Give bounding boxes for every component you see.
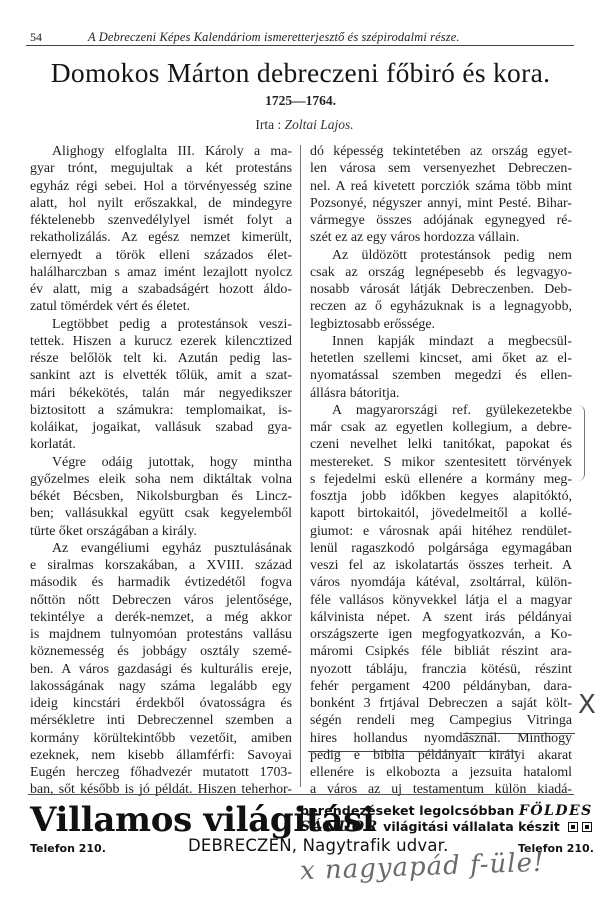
text-line: ban, sőt később is jó példát. Hiszen teh… (30, 781, 292, 798)
text-line: köznemesség és jobbágy osztály szemé- (30, 643, 292, 660)
text-line: gyar trónt, megujultak a két protestáns (30, 160, 292, 177)
text-line: mérsékletre inti Debreczennel szemben a (30, 712, 292, 729)
text-line: Pozsonyé, négyszer annyi, mint Pesté. Bi… (310, 195, 572, 212)
ad-line1-text: berendezéseket legolcsóbban (300, 803, 514, 818)
text-line: tekintélye a derék-nemzet, a még akkor (30, 609, 292, 626)
text-line: a város az uj testamentum külön kiadá- (310, 781, 572, 798)
text-line: rekatholizálás. Az egész nemzet kimerült… (30, 229, 292, 246)
byline-prefix: Irta : (255, 117, 281, 132)
text-line: dó képesség tekintetében az ország egyet… (310, 143, 572, 160)
text-line: s fejedelmi eskü ellenére a kormány meg- (310, 471, 572, 488)
ad-line-2: SÁNDOR világitási vállalata készit (300, 819, 592, 835)
text-line: nőttön nőtt Debreczen város jelentősége, (30, 592, 292, 609)
text-line: nyozott tábláju, franczia kötésü, részin… (310, 661, 572, 678)
text-line: féktelenebb szenvedélylyel ismét folyt a (30, 212, 292, 229)
margin-x-mark: X (578, 690, 596, 720)
text-line: reczen az ő egyházuknak is a legnagyobb, (310, 298, 572, 315)
text-line: Végre odáig jutottak, hogy mintha (30, 454, 292, 471)
author-name: Zoltai Lajos. (285, 117, 354, 132)
handwritten-underline (308, 751, 518, 752)
text-line: nosabb városát látják Debreczenben. Deb- (310, 281, 572, 298)
article-title: Domokos Márton debreczeni főbiró és kora… (0, 57, 601, 89)
text-line: legbiztosabb erőssége. (310, 316, 572, 333)
text-line: Eugén herczeg főhadvezér mutatott 1703- (30, 764, 292, 781)
text-line: része belőlök telt ki. Azután pedig las- (30, 350, 292, 367)
ornament-square-icon (568, 822, 578, 832)
text-line: békét Bécsben, Nikolsburgban és Lincz- (30, 488, 292, 505)
header-rule (26, 45, 574, 46)
text-line: máromi Csipkés féle bibliát részint ara- (310, 643, 572, 660)
text-line: Legtöbbet pedig a protestánsok veszi- (30, 316, 292, 333)
text-line: év alatt, mig a szabadságért hozott áldo… (30, 281, 292, 298)
text-line: mestereket. S mikor szentesitett törvény… (310, 454, 572, 471)
text-line: ben. A város gazdasági és kulturális ere… (30, 661, 292, 678)
text-line: veszi fel az iskolatartás összes terheit… (310, 557, 572, 574)
text-line: nyomatással szemben megedzi és ellen- (310, 367, 572, 384)
text-line: türte őket országában a király. (30, 523, 292, 540)
ad-telefon-left: Telefon 210. (30, 842, 106, 855)
text-line: lenül ragaszkodó polgársága egymagában (310, 540, 572, 557)
text-line: fehér pergament 4200 példányban, dara- (310, 678, 572, 695)
text-line: fosztja jobb időkben kegyes alapitóktó, (310, 488, 572, 505)
ornament-square-icon (582, 822, 592, 832)
article-years: 1725—1764. (0, 93, 601, 109)
text-line: biztositott a számukra: templomaikat, is… (30, 402, 292, 419)
text-line: kapott birtokaitól, jövedelmeitől a koll… (310, 505, 572, 522)
text-line: ségén rendeli meg Campegius Vitringa (310, 712, 572, 729)
running-header: 54 A Debreczeni Képes Kalendáriom ismere… (28, 30, 573, 46)
ad-company-name-1: FÖLDES (519, 803, 593, 819)
ad-company-name-2: SÁNDOR (300, 819, 379, 835)
text-line: zatul tömérdek vért és életet. (30, 298, 292, 315)
text-line: bonként 3 frtjával Debreczen a saját köl… (310, 695, 572, 712)
text-line: czeni nevelhet lelki tanitókat, papokat … (310, 436, 572, 453)
text-line: tettek. Hiszen a kurucz ezerek kilenczti… (30, 333, 292, 350)
text-line: A magyarországi ref. gyülekezetekbe (310, 402, 572, 419)
text-line: koláikat, jogaikat, vallásuk szabad gya- (30, 419, 292, 436)
text-line: Az üldözött protestánsok pedig nem (310, 247, 572, 264)
text-line: féle vallásos könyvekkel látja el a magy… (310, 592, 572, 609)
text-line: ellenére is elkobozta a jezsuita hatalom… (310, 764, 572, 781)
text-line: elernyedt a török elleni százados élet- (30, 247, 292, 264)
text-line: halálharczban s amaz imént lezajlott nyo… (30, 264, 292, 281)
left-column: Alighogy elfoglalta III. Károly a ma-gya… (30, 143, 292, 799)
text-line: már csak az egyetlen kollegium, a debre- (310, 419, 572, 436)
text-line: város nyomdája kátéval, zsoltárral, külö… (310, 574, 572, 591)
text-line: sankint azt is elvették tőlük, amit a sz… (30, 367, 292, 384)
text-line: vármegye összes adójának egynegyed ré- (310, 212, 572, 229)
running-title: A Debreczeni Képes Kalendáriom ismerette… (88, 30, 460, 45)
text-line: csak az ország legnépesebb és legvagyo- (310, 264, 572, 281)
text-line: mári békekötés, talán már negyedikszer (30, 385, 292, 402)
text-line: hetetlen szellemi kincset, ami őket az e… (310, 350, 572, 367)
margin-bracket-mark (578, 405, 585, 481)
text-line: pedig e biblia példányait királyi akarat (310, 747, 572, 764)
column-divider (300, 145, 301, 787)
text-line: második és harmadik évtizedétől fogva (30, 574, 292, 591)
text-line: Az evangéliumi egyház pusztulásának (30, 540, 292, 557)
byline: Irta : Zoltai Lajos. (0, 117, 601, 133)
text-line: is majdnem tulnyomóan protestáns vallásu (30, 626, 292, 643)
footer-rule (28, 794, 574, 795)
text-line: egyház régi sebei. Hol a törvényesség sz… (30, 178, 292, 195)
text-line: lakosságának nagy száma legalább egy (30, 678, 292, 695)
text-line: győzelmes eleik soha nem diktáltak volna (30, 471, 292, 488)
text-line: kálvinista népet. A szent irás példányai (310, 609, 572, 626)
ad-line2-text: világitási vállalata készit (383, 819, 560, 834)
text-line: len városa sem versenyezhet Debreczen- (310, 160, 572, 177)
text-line: kormány körültekintőbb vezetőit, amiben (30, 730, 292, 747)
ad-line-1: berendezéseket legolcsóbban FÖLDES (300, 803, 593, 819)
text-line: országszerte igen megfogyatkozván, a Ko- (310, 626, 572, 643)
text-line: ezeknek, nem kisebb államférfi: Savoyai (30, 747, 292, 764)
text-line: Alighogy elfoglalta III. Károly a ma- (30, 143, 292, 160)
text-line: ben; vallásukkal együtt csak kegyelemből (30, 505, 292, 522)
text-line: nel. A reá kivetett porcziók száma több … (310, 178, 572, 195)
text-line: korlatát. (30, 436, 292, 453)
text-line: szét ez az egy város hordozza vállain. (310, 229, 572, 246)
text-line: giumot: e városnak apái hitéhez rendület… (310, 523, 572, 540)
text-line: Innen kapják mindazt a megbecsül- (310, 333, 572, 350)
right-column: dó képesség tekintetében az ország egyet… (310, 143, 572, 799)
text-line: e siralmas korszakában, a XVIII. század (30, 557, 292, 574)
text-line: alatt, hol nyilt erőszakkal, de mindegyr… (30, 195, 292, 212)
handwritten-underline (463, 733, 575, 734)
text-line: ideig kincstári érdekből óvatosságra és (30, 695, 292, 712)
text-line: állásra bátoritja. (310, 385, 572, 402)
page-number: 54 (30, 30, 42, 45)
